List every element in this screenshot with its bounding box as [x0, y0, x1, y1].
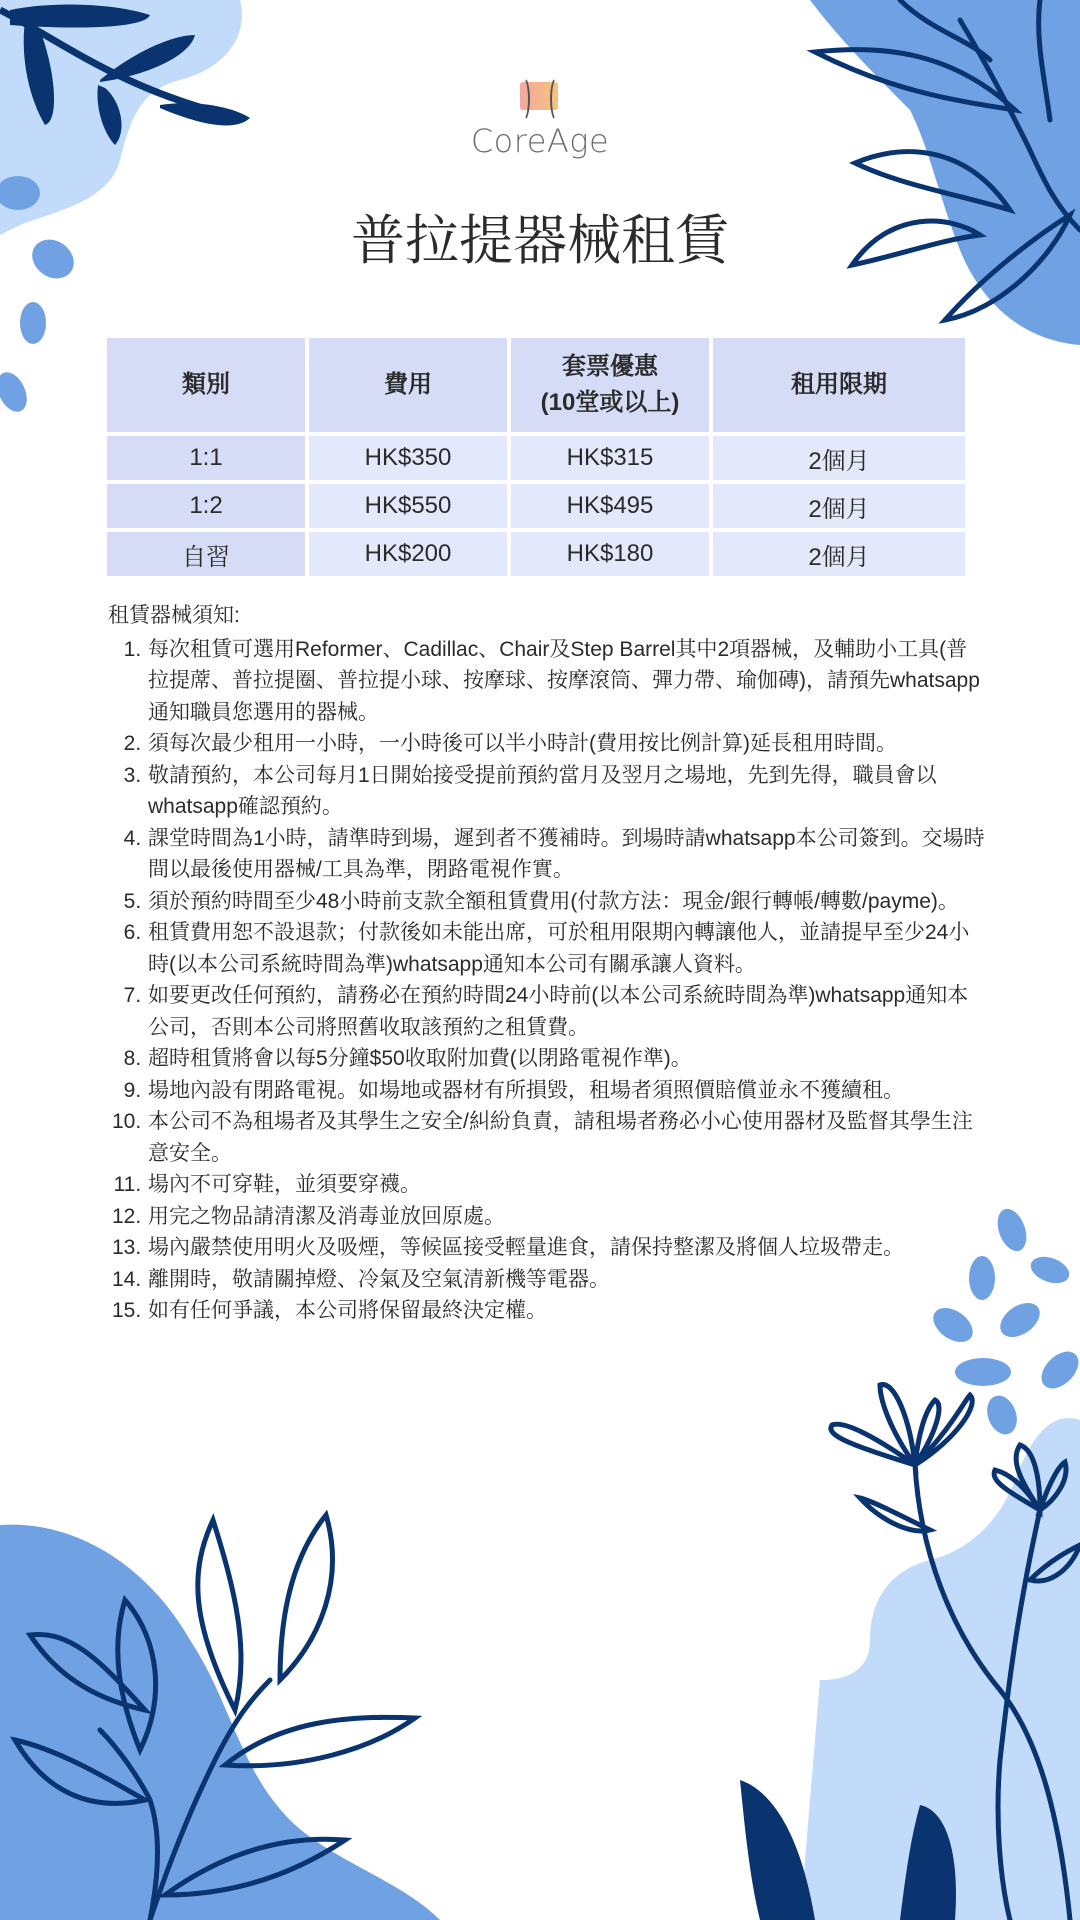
list-item: 租賃費用恕不設退款；付款後如未能出席，可於租用限期內轉讓他人，並請提早至少24小…: [147, 917, 988, 980]
list-item: 本公司不為租場者及其學生之安全/糾紛負責，請租場者務必小心使用器材及監督其學生注…: [147, 1106, 988, 1169]
table-row: 1:1 HK$350 HK$315 2個月: [107, 436, 965, 480]
page-title: 普拉提器械租賃: [0, 198, 1080, 275]
cell-period: 2個月: [713, 532, 965, 576]
table-header-row: 類別 費用 套票優惠(10堂或以上) 租用限期: [107, 338, 965, 432]
cell-fee: HK$550: [309, 484, 507, 528]
brand-logo: CoreAge: [470, 72, 610, 160]
cell-package: HK$495: [511, 484, 709, 528]
list-item: 敬請預約，本公司每月1日開始接受提前預約當月及翌月之場地，先到先得，職員會以wh…: [147, 760, 988, 823]
cell-category: 1:2: [107, 484, 305, 528]
notes-list: 每次租賃可選用Reformer、Cadillac、Chair及Step Barr…: [108, 634, 988, 1327]
cell-package: HK$315: [511, 436, 709, 480]
notes-title: 租賃器械須知:: [108, 600, 988, 632]
leaf-decoration-bottom-left: [0, 1500, 440, 1920]
list-item: 須於預約時間至少48小時前支款全額租賃費用(付款方法：現金/銀行轉帳/轉數/pa…: [147, 886, 988, 918]
list-item: 如要更改任何預約，請務必在預約時間24小時前(以本公司系統時間為準)whatsa…: [147, 980, 988, 1043]
list-item: 如有任何爭議，本公司將保留最終決定權。: [147, 1295, 988, 1327]
header-rental-period: 租用限期: [713, 338, 965, 432]
table-row: 1:2 HK$550 HK$495 2個月: [107, 484, 965, 528]
list-item: 每次租賃可選用Reformer、Cadillac、Chair及Step Barr…: [147, 634, 988, 729]
list-item: 場地內設有閉路電視。如場地或器材有所損毀，租場者須照價賠償並永不獲續租。: [147, 1075, 988, 1107]
cell-category: 自習: [107, 532, 305, 576]
coreage-logo-icon: [510, 72, 570, 122]
leaf-decoration-top-right: [800, 0, 1080, 360]
cell-fee: HK$350: [309, 436, 507, 480]
cell-package: HK$180: [511, 532, 709, 576]
brand-name: CoreAge: [470, 122, 610, 160]
cell-category: 1:1: [107, 436, 305, 480]
list-item: 超時租賃將會以每5分鐘$50收取附加費(以閉路電視作準)。: [147, 1043, 988, 1075]
list-item: 須每次最少租用一小時，一小時後可以半小時計(費用按比例計算)延長租用時間。: [147, 728, 988, 760]
pricing-table: 類別 費用 套票優惠(10堂或以上) 租用限期 1:1 HK$350 HK$31…: [103, 334, 969, 580]
list-item: 離開時，敬請關掉燈、冷氣及空氣清新機等電器。: [147, 1264, 988, 1296]
header-package-discount: 套票優惠(10堂或以上): [511, 338, 709, 432]
cell-period: 2個月: [713, 436, 965, 480]
table-row: 自習 HK$200 HK$180 2個月: [107, 532, 965, 576]
list-item: 課堂時間為1小時，請準時到場，遲到者不獲補時。到場時請whatsapp本公司簽到…: [147, 823, 988, 886]
list-item: 用完之物品請清潔及消毒並放回原處。: [147, 1201, 988, 1233]
list-item: 場內不可穿鞋，並須要穿襪。: [147, 1169, 988, 1201]
rental-notes: 租賃器械須知: 每次租賃可選用Reformer、Cadillac、Chair及S…: [108, 600, 988, 1327]
header-category: 類別: [107, 338, 305, 432]
list-item: 場內嚴禁使用明火及吸煙，等候區接受輕量進食，請保持整潔及將個人垃圾帶走。: [147, 1232, 988, 1264]
header-fee: 費用: [309, 338, 507, 432]
cell-period: 2個月: [713, 484, 965, 528]
cell-fee: HK$200: [309, 532, 507, 576]
